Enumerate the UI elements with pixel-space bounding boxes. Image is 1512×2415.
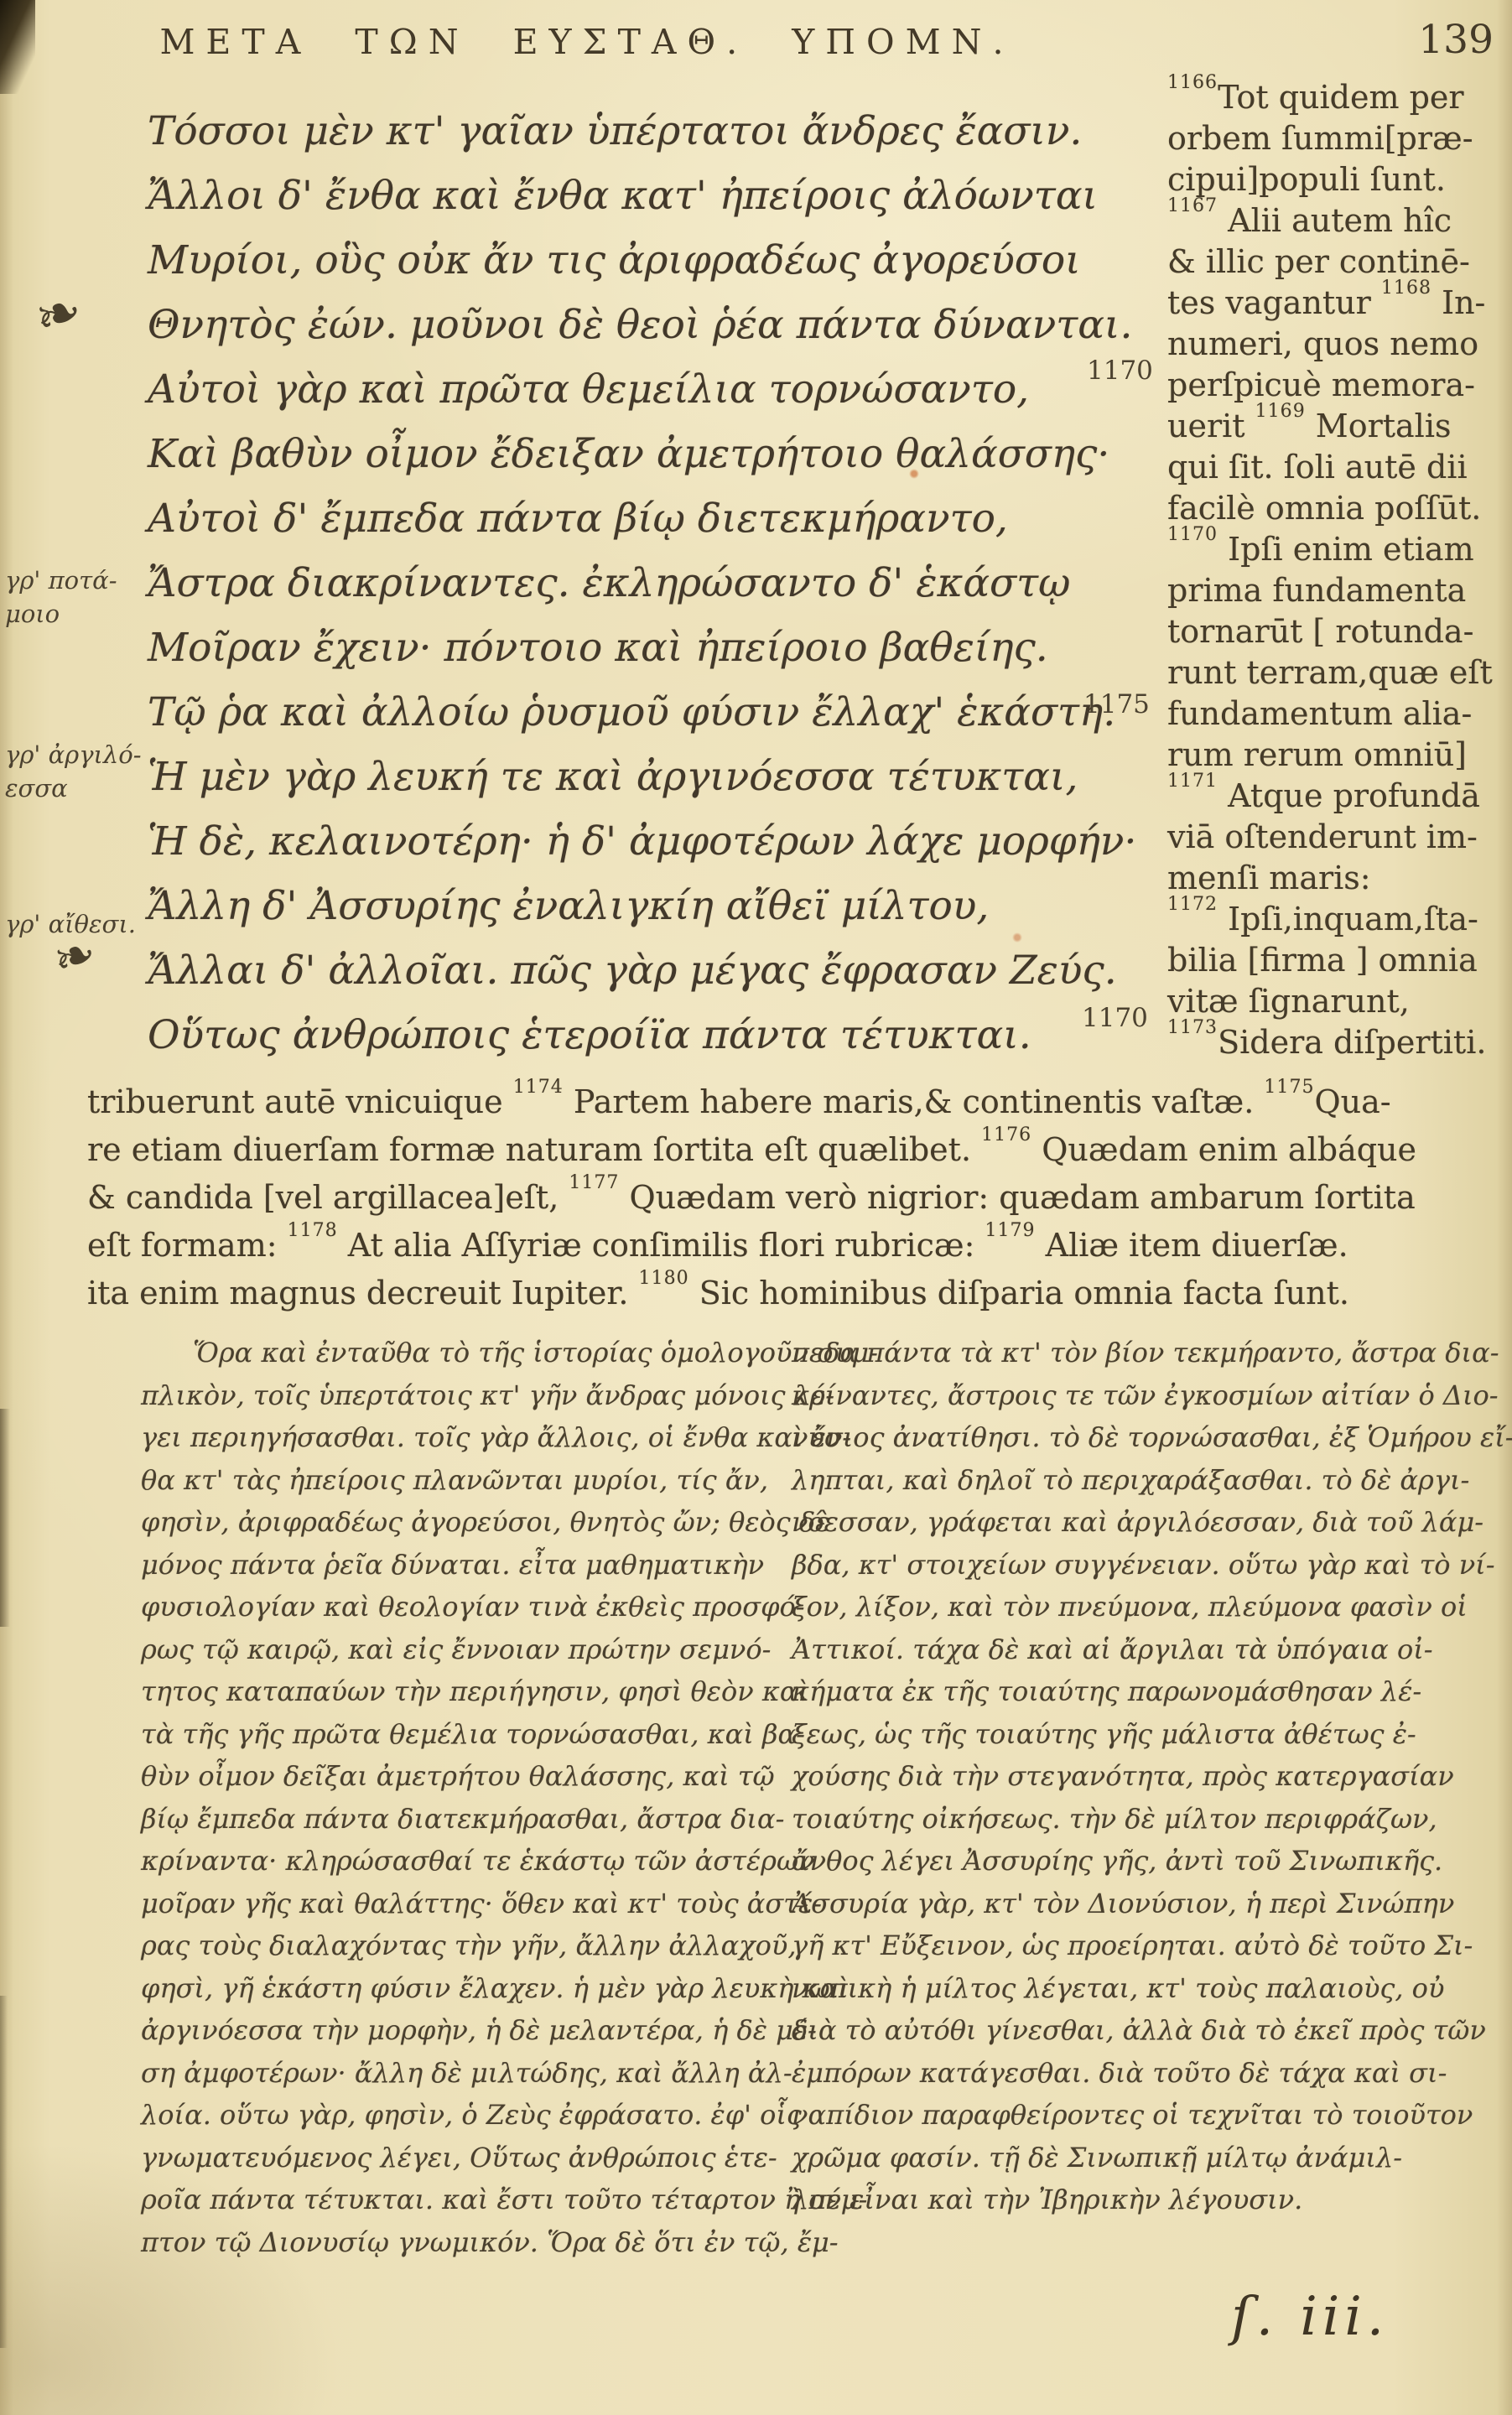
verse-line: Ἄλλη δ' Ἀσσυρίης ἐναλιγκίη αἴθεϊ μίλτου, — [148, 874, 1049, 938]
commentary-line: χρῶμα φασίν. τῇ δὲ Σινωπικῇ μίλτῳ ἀνάμιλ… — [792, 2137, 1512, 2179]
inline-verse-number: 1172 — [1167, 894, 1218, 915]
commentary-line: φυσιολογίαν καὶ θεολογίαν τινὰ ἐκθεὶς πρ… — [141, 1586, 768, 1628]
verse-line: Τῷ ῥα καὶ ἀλλοίω ῥυσμοῦ φύσιν ἔλλαχ' ἑκά… — [148, 680, 1049, 745]
latin-line: vitæ ſignarunt, — [1167, 981, 1508, 1022]
latin-line: qui ſit. ſoli autē dii — [1167, 447, 1508, 488]
paragraph-line: re etiam diuerſam formæ naturam ſortita … — [87, 1126, 1496, 1174]
latin-line: facilè omnia poſſūt. — [1167, 488, 1508, 529]
commentary-line: γνωματευόμενος λέγει, Οὕτως ἀνθρώποις ἑτ… — [141, 2137, 768, 2179]
page-edge-shadow-top-left — [0, 0, 35, 94]
commentary-line: πλικὸν, τοῖς ὑπερτάτοις κτ' γῆν ἄνδρας μ… — [141, 1374, 768, 1417]
latin-translation-column: 1166Tot quidem perorbem ſummi[præ-cipui]… — [1167, 77, 1508, 1063]
margin-note-line: εσσα — [5, 771, 139, 805]
commentary-line: νύσιος ἀνατίθησι. τὸ δὲ τορνώσασθαι, ἐξ … — [792, 1416, 1512, 1459]
commentary-line: Ἀττικοί. τάχα δὲ καὶ αἱ ἄργιλαι τὰ ὑπόγα… — [792, 1628, 1512, 1671]
paragraph-line: eſt formam: 1178 At alia Aſſyriæ conſimi… — [87, 1222, 1496, 1270]
commentary-line: ροῖα πάντα τέτυκται. καὶ ἔστι τοῦτο τέτα… — [141, 2179, 768, 2221]
commentary-line: πεδα πάντα τὰ κτ' τὸν βίον τεκμήραντο, ἄ… — [792, 1332, 1512, 1374]
commentary-line: ρως τῷ καιρῷ, καὶ εἰς ἔννοιαν πρώτην σεμ… — [141, 1628, 768, 1671]
inline-verse-number: 1173 — [1167, 1017, 1218, 1038]
commentary-line: κρίναντα· κληρώσασθαί τε ἑκάστῳ τῶν ἀστέ… — [141, 1840, 768, 1883]
commentary-line: θα κτ' τὰς ἠπείροις πλανῶνται μυρίοι, τί… — [141, 1459, 768, 1502]
verse-line: Ἡ μὲν γὰρ λευκή τε καὶ ἀργινόεσσα τέτυκτ… — [148, 745, 1049, 809]
commentary-line: ἄνθος λέγει Ἀσσυρίης γῆς, ἀντὶ τοῦ Σινωπ… — [792, 1840, 1512, 1883]
inline-verse-number: 1178 — [288, 1220, 338, 1241]
commentary-line: φησὶ, γῆ ἑκάστη φύσιν ἔλαχεν. ἡ μὲν γὰρ … — [141, 1967, 768, 2010]
latin-line: 1172 Ipſi,inquam,ſta- — [1167, 899, 1508, 940]
inline-verse-number: 1175 — [1264, 1077, 1314, 1098]
commentary-line: νωπικὴ ἡ μίλτος λέγεται, κτ' τοὺς παλαιο… — [792, 1967, 1512, 2010]
latin-line: bilia [firma ] omnia — [1167, 940, 1508, 981]
latin-line: 1173Sidera diſpertiti. — [1167, 1022, 1508, 1063]
commentary-line: τοιαύτης οἰκήσεως. τὴν δὲ μίλτον περιφρά… — [792, 1798, 1512, 1841]
inline-verse-number: 1180 — [639, 1268, 689, 1289]
paragraph-line: & candida [vel argillacea]eſt, 1177 Quæd… — [87, 1174, 1496, 1222]
commentary-line: λοία. οὕτω γὰρ, φησὶν, ὁ Ζεὺς ἐφράσατο. … — [141, 2094, 768, 2137]
latin-line: menſi maris: — [1167, 858, 1508, 899]
commentary-line: ρας τοὺς διαλαχόντας τὴν γῆν, ἄλλην ἀλλα… — [141, 1924, 768, 1967]
page-number: 139 — [1418, 17, 1494, 63]
margin-note-variant-reading: γρ' ποτά-μοιο — [5, 563, 139, 631]
commentary-line: διὰ τὸ αὐτόθι γίνεσθαι, ἀλλὰ διὰ τὸ ἐκεῖ… — [792, 2009, 1512, 2052]
commentary-line: ξεως, ὡς τῆς τοιαύτης γῆς μάλιστα ἀθέτως… — [792, 1713, 1512, 1756]
verse-line: Ἄλλοι δ' ἔνθα καὶ ἔνθα κατ' ἠπείροις ἀλό… — [148, 164, 1049, 228]
inline-verse-number: 1171 — [1167, 771, 1218, 792]
commentary-line: θὺν οἶμον δεῖξαι ἀμετρήτου θαλάσσης, καὶ… — [141, 1755, 768, 1798]
commentary-line: ναπίδιον παραφθείροντες οἱ τεχνῖται τὸ τ… — [792, 2094, 1512, 2137]
commentary-line: φησὶν, ἀριφραδέως ἀγορεύσοι, θνητὸς ὤν; … — [141, 1501, 768, 1544]
latin-line: 1166Tot quidem per — [1167, 77, 1508, 118]
inline-verse-number: 1177 — [569, 1172, 619, 1193]
latin-line: 1171 Atque profundā — [1167, 776, 1508, 817]
inline-verse-number: 1170 — [1167, 524, 1218, 545]
inline-verse-number: 1168 — [1381, 278, 1431, 299]
inline-verse-number: 1166 — [1167, 72, 1218, 93]
commentary-line: Ἀσσυρία γὰρ, κτ' τὸν Διονύσιον, ἡ περὶ Σ… — [792, 1883, 1512, 1925]
marginal-verse-number: 1170 — [1087, 356, 1153, 386]
page-edge-shadow-left — [0, 1409, 10, 1627]
verse-line: Θνητὸς ἐών. μοῦνοι δὲ θεοὶ ῥέα πάντα δύν… — [148, 293, 1049, 357]
fleuron-icon: ❧ — [26, 276, 90, 351]
commentary-line: γει περιηγήσασθαι. τοῖς γὰρ ἄλλοις, οἱ ἔ… — [141, 1416, 768, 1459]
latin-line: runt terram,quæ eſt — [1167, 652, 1508, 693]
commentary-line: ληπται, καὶ δηλοῖ τὸ περιχαράξασθαι. τὸ … — [792, 1459, 1512, 1502]
commentary-line: μόνος πάντα ῥεῖα δύναται. εἶτα μαθηματικ… — [141, 1544, 768, 1587]
verse-line: Μυρίοι, οὓς οὐκ ἄν τις ἀριφραδέως ἀγορεύ… — [148, 228, 1049, 293]
commentary-line: βδα, κτ' στοιχείων συγγένειαν. οὕτω γὰρ … — [792, 1544, 1512, 1587]
verse-line: Ἄστρα διακρίναντες. ἐκληρώσαντο δ' ἑκάστ… — [148, 551, 1049, 615]
margin-note-line: γρ' αἴθεσι. — [5, 907, 139, 941]
verse-line: Αὐτοὶ γὰρ καὶ πρῶτα θεμείλια τορνώσαντο, — [148, 357, 1049, 422]
verse-line: Αὐτοὶ δ' ἔμπεδα πάντα βίῳ διετεκμήραντο, — [148, 486, 1049, 551]
inline-verse-number: 1169 — [1255, 401, 1306, 422]
commentary-line: ἐμπόρων κατάγεσθαι. διὰ τοῦτο δὲ τάχα κα… — [792, 2052, 1512, 2095]
marginal-verse-number: 1170 — [1082, 1003, 1148, 1033]
commentary-line: κήματα ἐκ τῆς τοιαύτης παρωνομάσθησαν λέ… — [792, 1670, 1512, 1713]
inline-verse-number: 1176 — [981, 1124, 1031, 1145]
commentary-line: λον εἶναι καὶ τὴν Ἰβηρικὴν λέγουσιν. — [792, 2179, 1512, 2221]
latin-line: & illic per continē- — [1167, 241, 1508, 283]
verse-line: Ἡ δὲ, κελαινοτέρη· ἡ δ' ἀμφοτέρων λάχε μ… — [148, 809, 1049, 874]
latin-translation-paragraph: tribuerunt autē vnicuique 1174 Partem ha… — [87, 1078, 1496, 1317]
scanned-book-page: ΜΕΤΑ ΤΩΝ ΕΥΣΤΑΘ. ΥΠΟΜΝ. 139 Τόσσοι μὲν κ… — [0, 0, 1512, 2415]
latin-line: tes vagantur 1168 In- — [1167, 283, 1508, 324]
latin-line: orbem ſummi[præ- — [1167, 118, 1508, 159]
latin-line: numeri, quos nemo — [1167, 324, 1508, 365]
commentary-left-column: Ὅρα καὶ ἐνταῦθα τὸ τῆς ἱστορίας ὁμολογοῦ… — [141, 1332, 768, 2263]
commentary-line: βίῳ ἔμπεδα πάντα διατεκμήρασθαι, ἄστρα δ… — [141, 1798, 768, 1841]
latin-line: fundamentum alia- — [1167, 693, 1508, 735]
commentary-line: γῆ κτ' Εὔξεινον, ὡς προείρηται. αὐτὸ δὲ … — [792, 1924, 1512, 1967]
margin-note-variant-reading: γρ' ἀργιλό-εσσα — [5, 738, 139, 805]
latin-line: perſpicuè memora- — [1167, 365, 1508, 406]
latin-line: rum rerum omniū] — [1167, 735, 1508, 776]
latin-line: 1167 Alii autem hîc — [1167, 200, 1508, 241]
inline-verse-number: 1167 — [1167, 195, 1218, 216]
commentary-line: πτον τῷ Διονυσίῳ γνωμικόν. Ὅρα δὲ ὅτι ἐν… — [141, 2221, 768, 2264]
latin-line: viā oſtenderunt im- — [1167, 817, 1508, 858]
gathering-signature-mark: ſ. iii. — [1231, 2286, 1389, 2348]
commentary-line: νόεσσαν, γράφεται καὶ ἀργιλόεσσαν, διὰ τ… — [792, 1501, 1512, 1544]
commentary-line: ἀργινόεσσα τὴν μορφὴν, ἡ δὲ μελαντέρα, ἡ… — [141, 2009, 768, 2052]
commentary-line: κρίναντες, ἄστροις τε τῶν ἐγκοσμίων αἰτί… — [792, 1374, 1512, 1417]
inline-verse-number: 1174 — [513, 1077, 564, 1098]
latin-line: cipui]populi ſunt. — [1167, 159, 1508, 200]
running-header: ΜΕΤΑ ΤΩΝ ΕΥΣΤΑΘ. ΥΠΟΜΝ. — [143, 22, 1031, 62]
inline-verse-number: 1179 — [985, 1220, 1035, 1241]
margin-note-line: μοιο — [5, 597, 139, 631]
commentary-line: Ὅρα καὶ ἐνταῦθα τὸ τῆς ἱστορίας ὁμολογοῦ… — [141, 1332, 768, 1374]
commentary-line: ση ἀμφοτέρων· ἄλλη δὲ μιλτώδης, καὶ ἄλλη… — [141, 2052, 768, 2095]
marginal-verse-number: 1175 — [1083, 689, 1150, 719]
latin-line: uerit 1169 Mortalis — [1167, 406, 1508, 447]
commentary-line: τητος καταπαύων τὴν περιήγησιν, φησὶ θεὸ… — [141, 1670, 768, 1713]
latin-line: prima fundamenta — [1167, 570, 1508, 611]
commentary-line: χούσης διὰ τὴν στεγανότητα, πρὸς κατεργα… — [792, 1755, 1512, 1798]
verse-line: Ἄλλαι δ' ἀλλοῖαι. πῶς γὰρ μέγας ἔφρασαν … — [148, 938, 1049, 1003]
paragraph-line: tribuerunt autē vnicuique 1174 Partem ha… — [87, 1078, 1496, 1126]
margin-note-variant-reading: γρ' αἴθεσι. — [5, 907, 139, 941]
greek-verse-block: Τόσσοι μὲν κτ' γαῖαν ὑπέρτατοι ἄνδρες ἔα… — [148, 99, 1049, 1067]
verse-line: Μοῖραν ἔχειν· πόντοιο καὶ ἠπείροιο βαθεί… — [148, 615, 1049, 680]
commentary-line: μοῖραν γῆς καὶ θαλάττης· ὅθεν καὶ κτ' το… — [141, 1883, 768, 1925]
commentary-right-column: πεδα πάντα τὰ κτ' τὸν βίον τεκμήραντο, ἄ… — [792, 1332, 1512, 2221]
paragraph-line: ita enim magnus decreuit Iupiter. 1180 S… — [87, 1270, 1496, 1317]
page-edge-shadow-left-lower — [0, 1996, 8, 2348]
latin-line: 1170 Ipſi enim etiam — [1167, 529, 1508, 570]
margin-note-line: γρ' ποτά- — [5, 563, 139, 597]
verse-line: Τόσσοι μὲν κτ' γαῖαν ὑπέρτατοι ἄνδρες ἔα… — [148, 99, 1049, 164]
latin-line: tornarūt [ rotunda- — [1167, 611, 1508, 652]
commentary-line: ξον, λίξον, καὶ τὸν πνεύμονα, πλεύμονα φ… — [792, 1586, 1512, 1628]
margin-note-line: γρ' ἀργιλό- — [5, 738, 139, 771]
verse-line: Οὕτως ἀνθρώποις ἑτεροίϊα πάντα τέτυκται. — [148, 1003, 1049, 1067]
verse-line: Καὶ βαθὺν οἶμον ἔδειξαν ἀμετρήτοιο θαλάσ… — [148, 422, 1049, 486]
commentary-line: τὰ τῆς γῆς πρῶτα θεμέλια τορνώσασθαι, κα… — [141, 1713, 768, 1756]
